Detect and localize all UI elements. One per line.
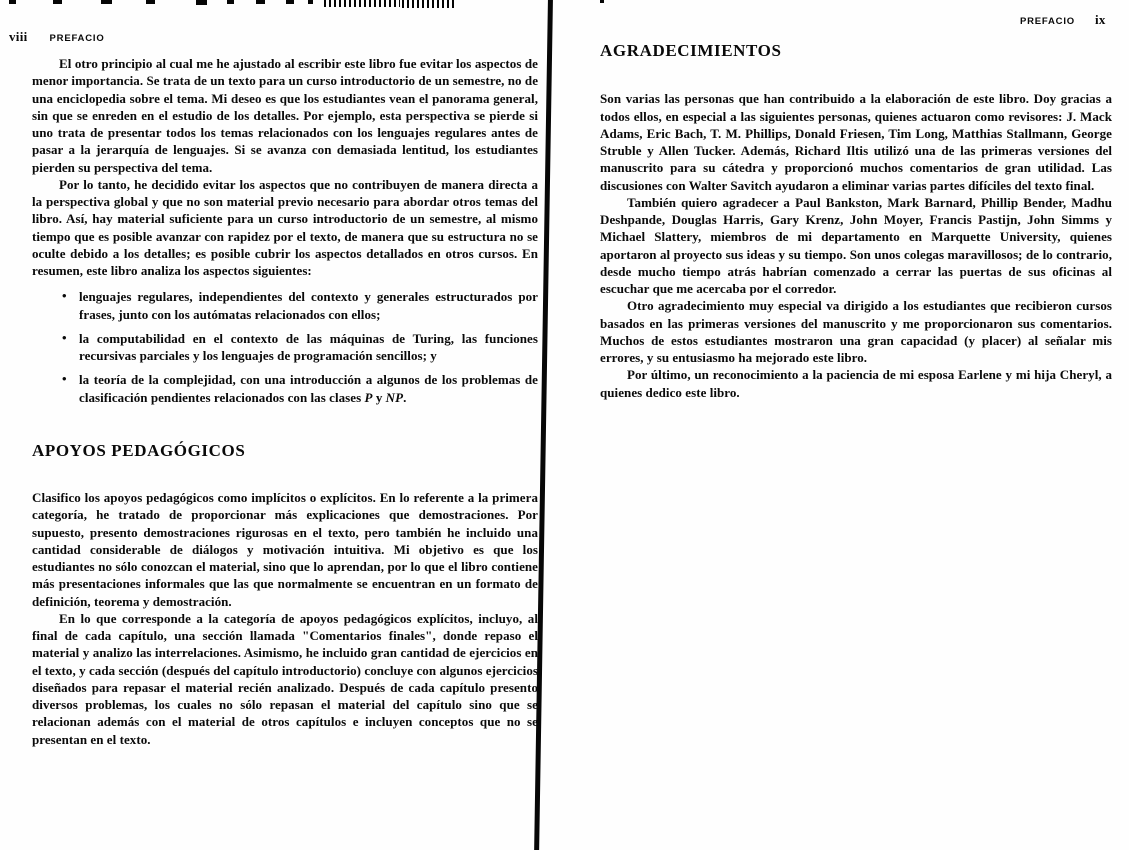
- right-running-header: PREFACIOix: [1020, 11, 1106, 29]
- right-running-title: PREFACIO: [1020, 16, 1075, 27]
- paragraph: Otro agradecimiento muy especial va diri…: [600, 297, 1112, 366]
- scan-comb-artifact: [402, 0, 457, 8]
- scan-speck: [53, 0, 62, 4]
- scan-speck: [146, 0, 155, 4]
- right-page-number: ix: [1095, 12, 1106, 27]
- scan-comb-artifact: [324, 0, 400, 7]
- scan-speck: [101, 0, 112, 4]
- left-page-column: El otro principio al cual me he ajustado…: [32, 55, 538, 748]
- paragraph: El otro principio al cual me he ajustado…: [32, 55, 538, 176]
- bullet-text: lenguajes regulares, independientes del …: [79, 289, 538, 321]
- paragraph: Por último, un reconocimiento a la pacie…: [600, 366, 1112, 401]
- bullet-text: la computabilidad en el contexto de las …: [79, 331, 538, 363]
- bullet-dot-icon: •: [62, 329, 67, 346]
- book-page-spread: viiiPREFACIO PREFACIOix El otro principi…: [0, 0, 1129, 850]
- scan-speck: [308, 0, 313, 4]
- scan-speck: [196, 0, 207, 5]
- left-running-title: PREFACIO: [50, 33, 105, 44]
- scan-speck: [286, 0, 294, 4]
- paragraph: Clasifico los apoyos pedagógicos como im…: [32, 489, 538, 610]
- bullet-item: • la teoría de la complejidad, con una i…: [62, 371, 538, 406]
- left-running-header: viiiPREFACIO: [9, 28, 105, 46]
- bullet-item: • la computabilidad en el contexto de la…: [62, 330, 538, 365]
- bullet-dot-icon: •: [62, 287, 67, 304]
- bullet-item: • lenguajes regulares, independientes de…: [62, 288, 538, 323]
- class-np-italic: NP: [386, 390, 403, 405]
- bullet-dot-icon: •: [62, 370, 67, 387]
- scan-speck: [256, 0, 265, 4]
- right-page-column: AGRADECIMIENTOS Son varias las personas …: [600, 42, 1112, 401]
- paragraph: También quiero agradecer a Paul Bankston…: [600, 194, 1112, 298]
- left-page-number: viii: [9, 29, 28, 44]
- section-heading-agradecimientos: AGRADECIMIENTOS: [600, 42, 1112, 59]
- paragraph: Son varias las personas que han contribu…: [600, 90, 1112, 194]
- bullet-list: • lenguajes regulares, independientes de…: [32, 288, 538, 406]
- paragraph: En lo que corresponde a la categoría de …: [32, 610, 538, 748]
- scan-speck: [227, 0, 234, 4]
- paragraph: Por lo tanto, he decidido evitar los asp…: [32, 176, 538, 280]
- scan-speck: [9, 0, 16, 4]
- class-p-italic: P: [365, 390, 373, 405]
- bullet-text: la teoría de la complejidad, con una int…: [79, 372, 538, 404]
- section-heading-apoyos-pedagogicos: APOYOS PEDAGÓGICOS: [32, 442, 538, 459]
- scan-speck: [600, 0, 604, 3]
